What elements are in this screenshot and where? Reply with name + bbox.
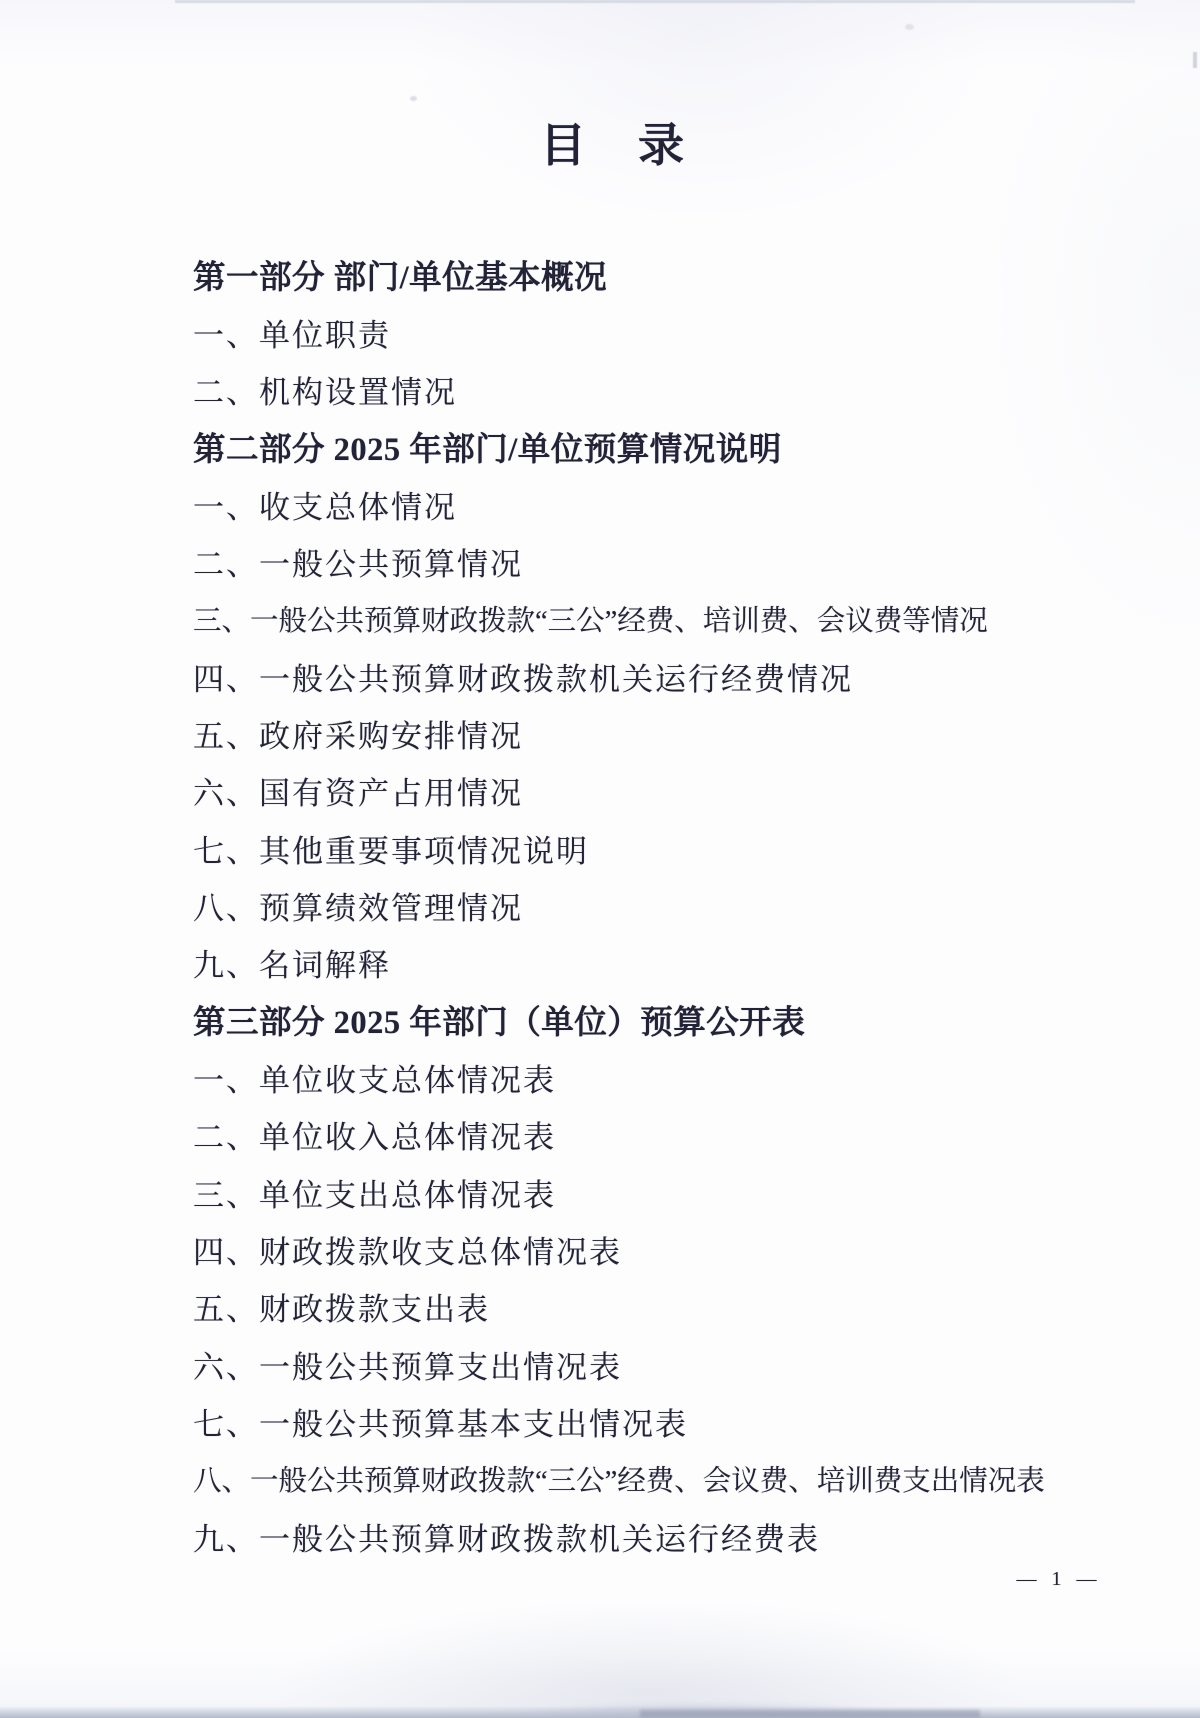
scan-speck bbox=[410, 96, 417, 101]
toc-item: 四、财政拨款收支总体情况表 bbox=[193, 1221, 1173, 1278]
toc-item: 七、其他重要事项情况说明 bbox=[193, 819, 1173, 876]
toc-section-header: 第一部分 部门/单位基本概况 bbox=[193, 246, 1173, 303]
toc-item: 一、单位收支总体情况表 bbox=[193, 1049, 1173, 1106]
toc-item: 三、单位支出总体情况表 bbox=[193, 1164, 1173, 1221]
toc-item: 八、一般公共预算财政拨款“三公”经费、会议费、培训费支出情况表 bbox=[193, 1450, 1173, 1507]
toc-item: 二、单位收入总体情况表 bbox=[193, 1106, 1173, 1163]
scan-artifact-top-strip bbox=[175, 0, 1135, 3]
toc-item: 五、财政拨款支出表 bbox=[193, 1278, 1173, 1335]
toc-item: 九、名词解释 bbox=[193, 934, 1173, 991]
scan-artifact-bottom-band bbox=[0, 1706, 1200, 1718]
toc-item: 七、一般公共预算基本支出情况表 bbox=[193, 1393, 1173, 1450]
toc-item: 五、政府采购安排情况 bbox=[193, 705, 1173, 762]
toc-item: 二、机构设置情况 bbox=[193, 361, 1173, 418]
toc-item: 九、一般公共预算财政拨款机关运行经费表 bbox=[193, 1508, 1173, 1565]
table-of-contents: 第一部分 部门/单位基本概况一、单位职责二、机构设置情况第二部分 2025 年部… bbox=[193, 246, 1173, 1565]
scan-artifact-bottom-dark bbox=[640, 1710, 980, 1718]
toc-item: 一、单位职责 bbox=[193, 303, 1173, 360]
toc-item: 六、一般公共预算支出情况表 bbox=[193, 1336, 1173, 1393]
toc-item: 八、预算绩效管理情况 bbox=[193, 877, 1173, 934]
toc-item: 六、国有资产占用情况 bbox=[193, 762, 1173, 819]
page-number: — 1 — bbox=[1012, 1568, 1102, 1591]
title-char-2: 录 bbox=[638, 120, 684, 171]
scanned-document-page: 目录 第一部分 部门/单位基本概况一、单位职责二、机构设置情况第二部分 2025… bbox=[0, 0, 1200, 1718]
scan-speck bbox=[905, 24, 914, 30]
title-char-1: 目 bbox=[540, 120, 586, 171]
document-title: 目录 bbox=[12, 118, 1200, 174]
toc-item: 二、一般公共预算情况 bbox=[193, 533, 1173, 590]
toc-section-header: 第三部分 2025 年部门（单位）预算公开表 bbox=[193, 991, 1173, 1048]
toc-item: 三、一般公共预算财政拨款“三公”经费、培训费、会议费等情况 bbox=[193, 590, 1173, 647]
toc-section-header: 第二部分 2025 年部门/单位预算情况说明 bbox=[193, 418, 1173, 475]
toc-item: 一、收支总体情况 bbox=[193, 475, 1173, 532]
scan-speck bbox=[1193, 52, 1197, 68]
toc-item: 四、一般公共预算财政拨款机关运行经费情况 bbox=[193, 647, 1173, 704]
